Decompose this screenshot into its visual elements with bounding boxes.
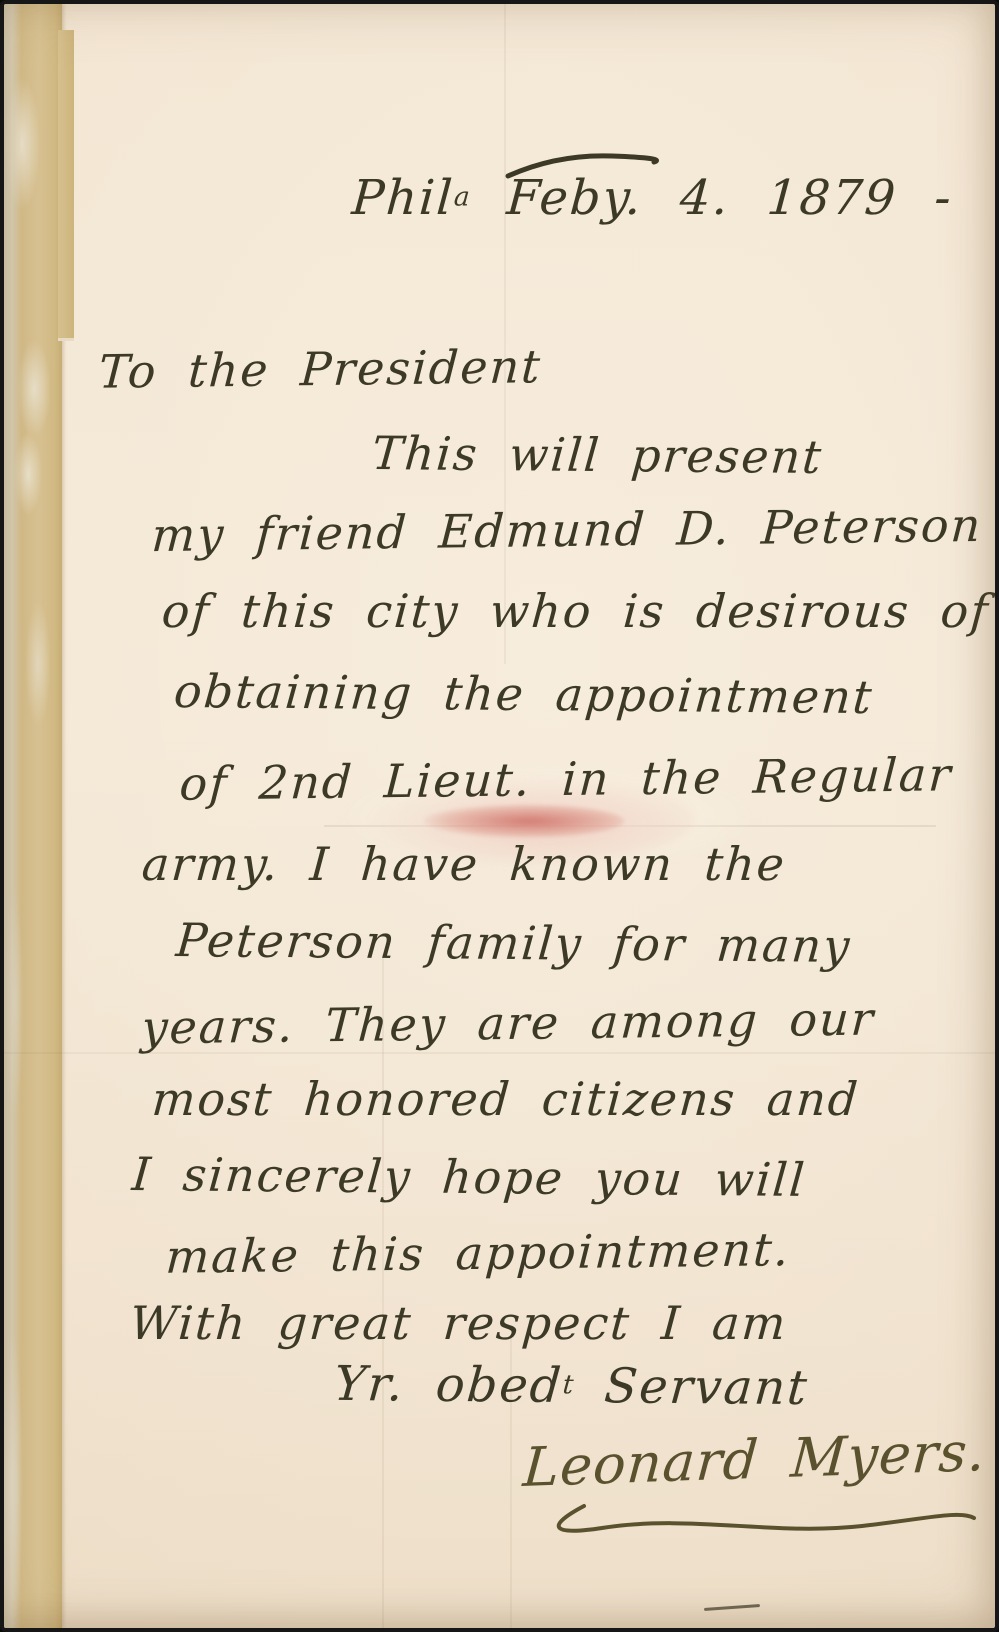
closing-text: Yr. obed xyxy=(332,1356,565,1414)
stray-pen-mark xyxy=(704,1604,760,1611)
salutation: To the President xyxy=(97,339,543,398)
body-line-5: of 2nd Lieut. in the Regular xyxy=(178,747,954,810)
body-line-3: of this city who is desirous of xyxy=(160,584,991,638)
body-line-1: This will present xyxy=(370,426,825,484)
dateline-date: Feby. 4. 1879 - xyxy=(468,170,955,226)
fold-crease-vertical-bottom-left xyxy=(382,954,384,1632)
body-line-9: most honored citizens and xyxy=(150,1072,861,1126)
body-line-2: my friend Edmund D. Peterson xyxy=(150,498,984,562)
closing: Yr. obedt Servant xyxy=(332,1356,811,1416)
closing-text-2: Servant xyxy=(571,1358,811,1416)
body-line-6: army. I have known the xyxy=(140,837,788,891)
fold-crease-vertical-top xyxy=(504,4,506,664)
tape-peel-patches xyxy=(4,4,74,1628)
body-line-7: Peterson family for many xyxy=(174,913,853,973)
dateline: Phila Feby. 4. 1879 - xyxy=(350,170,955,226)
body-line-8: years. They are among our xyxy=(140,992,876,1055)
body-line-11: make this appointment. xyxy=(164,1222,792,1284)
body-line-4: obtaining the appointment xyxy=(172,664,875,724)
dateline-text: Phil xyxy=(350,170,456,226)
red-ink-smudge xyxy=(424,804,624,838)
body-line-10: I sincerely hope you will xyxy=(130,1147,808,1207)
signature-underline-flourish xyxy=(532,1492,984,1556)
signature: Leonard Myers. xyxy=(521,1420,988,1499)
body-line-12: With great respect I am xyxy=(128,1296,789,1350)
letter-page: Phila Feby. 4. 1879 - To the President T… xyxy=(0,0,999,1632)
